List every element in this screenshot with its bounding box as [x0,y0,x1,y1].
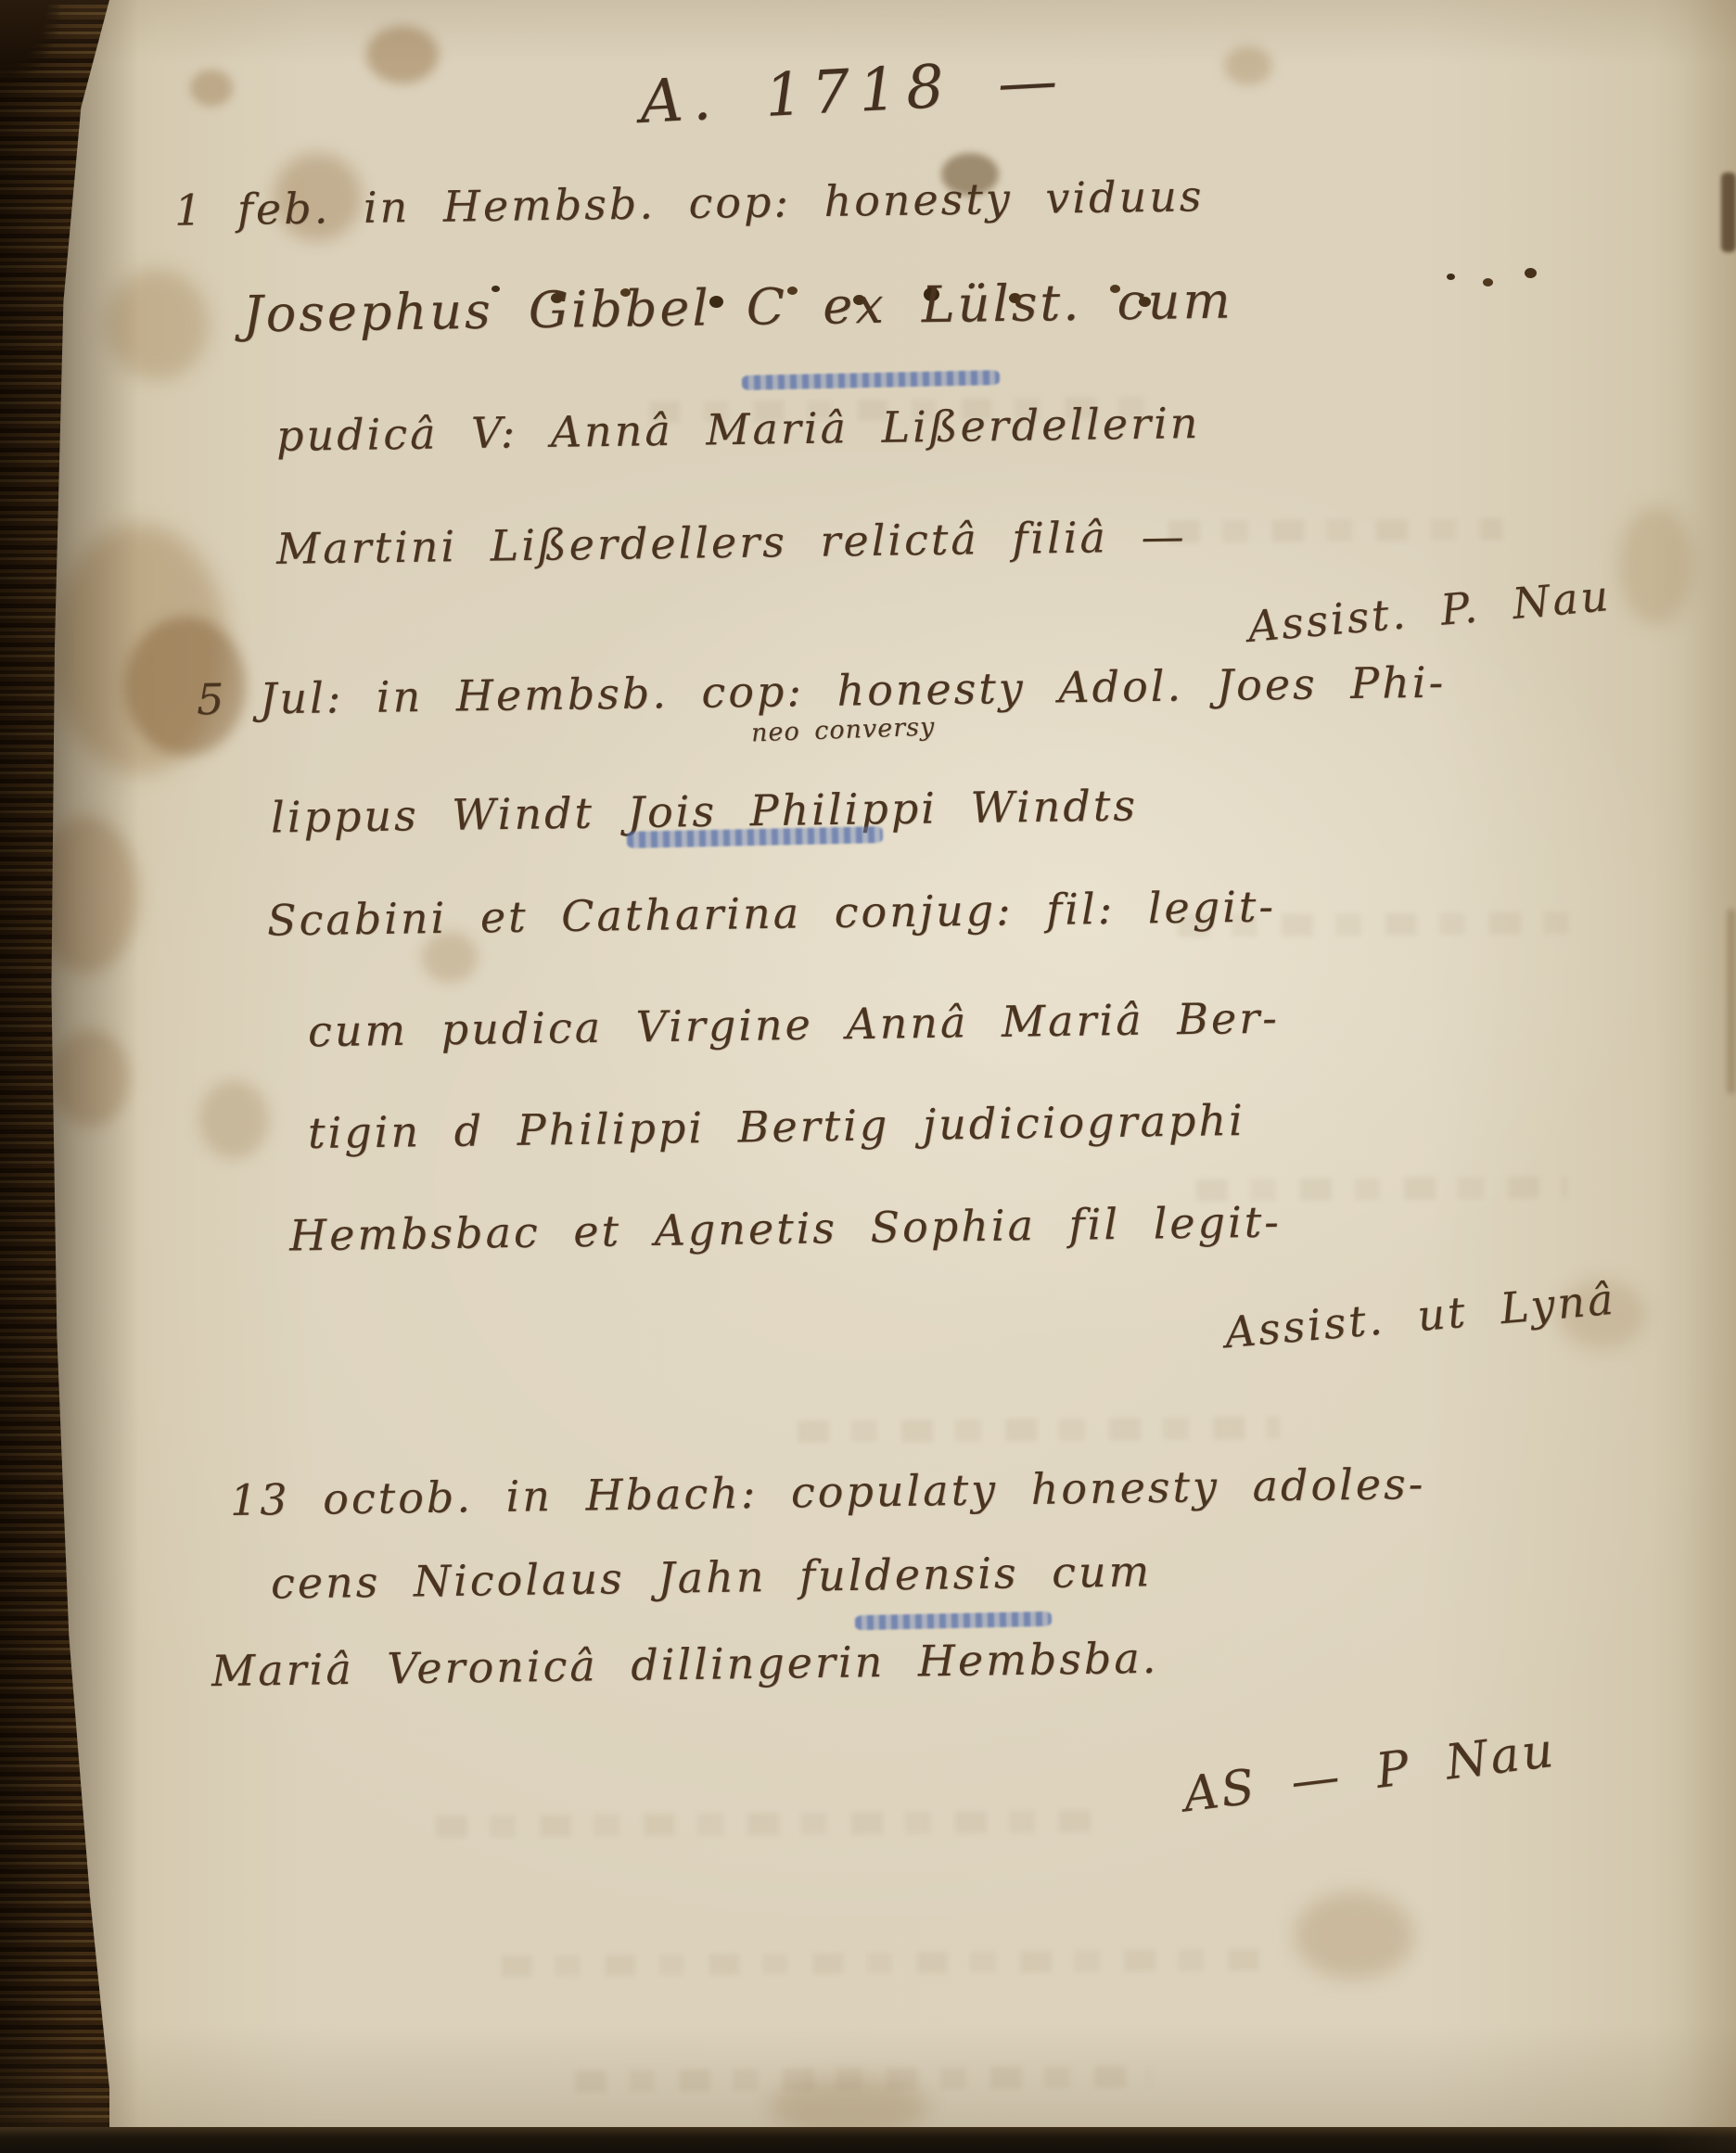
entry-line: 1 feb. in Hembsb. cop: honesty viduus [174,171,1205,235]
entry-line: 13 octob. in Hbach: copulaty honesty ado… [230,1459,1426,1525]
blue-underline-mark-gibbel [742,370,1000,390]
stain [190,70,233,107]
showthrough-mark [436,1810,1104,1838]
year-heading: A. 1718 — [638,46,1067,137]
entry-line: tigin d Philippi Bertig judiciographi [308,1095,1245,1158]
entry-line: Scabini et Catharina conjug: fil: legit- [267,881,1277,945]
stain [199,1080,269,1159]
entry-line: Josephus Gibbel C ex Lülst. cum [243,272,1233,344]
entry-line: Hembsbac et Agnetis Sophia fil legit- [289,1197,1282,1261]
entry-line: cum pudica Virgine Annâ Mariâ Ber- [308,993,1280,1057]
signature-note: AS — P Nau [1181,1723,1559,1824]
showthrough-mark [575,2065,1150,2092]
entry-line: lippus Windt Jois Philippi Windts [271,780,1139,842]
stain [1618,505,1692,626]
stain [1224,46,1272,85]
stain [51,1029,130,1127]
ink-speck-row [1447,274,1455,280]
stain [51,524,227,774]
showthrough-mark [1168,517,1502,542]
blue-underline-mark-jahn [855,1612,1052,1630]
stain [1294,1892,1414,1980]
assist-note: Assist. P. Nau [1245,570,1613,652]
edge-mark [1727,909,1736,1094]
entry-line: cens Nicolaus Jahn fuldensis cum [271,1546,1153,1608]
entry-line: pudicâ V: Annâ Mariâ Lißerdellerin [276,398,1201,461]
entry-line: Martini Lißerdellers relictâ filiâ — [276,511,1187,574]
stain [366,26,439,83]
stain [107,269,209,380]
entry-line: 5 Jul: in Hembsb. cop: honesty Adol. Joe… [197,657,1447,725]
page-corner-shadow [0,0,59,83]
book-binding-edge [0,0,109,2153]
showthrough-mark [798,1417,1280,1444]
edge-mark [1721,172,1736,252]
assist-note: Assist. ut Lynâ [1222,1274,1617,1358]
showthrough-mark [501,1948,1261,1977]
register-page-scan: A. 1718 — 1 feb. in Hembsb. cop: honesty… [0,0,1736,2153]
scan-bottom-edge [0,2127,1736,2153]
entry-line: Mariâ Veronicâ dillingerin Hembsba. [211,1633,1159,1696]
interlinear-note: neo conversy [751,713,936,748]
